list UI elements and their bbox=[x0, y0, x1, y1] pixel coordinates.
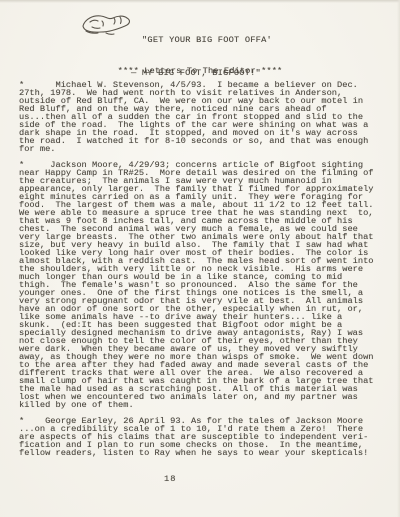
letter-stevenson: * Michael W. Stevenson, 4/5/93. I became… bbox=[19, 81, 387, 153]
letter-moore: * Jackson Moore, 4/29/93; concerns artic… bbox=[19, 161, 387, 409]
page-title: **** Letters To The Editor **** bbox=[0, 66, 400, 76]
scanned-newsletter-page: "GET YOUR BIG FOOT OFFA' — MY BIG FOOT, … bbox=[0, 0, 400, 517]
letter-earley: * George Earley, 26 April 93. As for the… bbox=[19, 417, 387, 457]
letters-body: * Michael W. Stevenson, 4/5/93. I became… bbox=[19, 81, 387, 465]
cartoon-caption-line1: "GET YOUR BIG FOOT OFFA' bbox=[131, 35, 272, 46]
bigfoot-foot-doodle-icon bbox=[80, 11, 136, 37]
page-number: 18 bbox=[164, 474, 176, 484]
